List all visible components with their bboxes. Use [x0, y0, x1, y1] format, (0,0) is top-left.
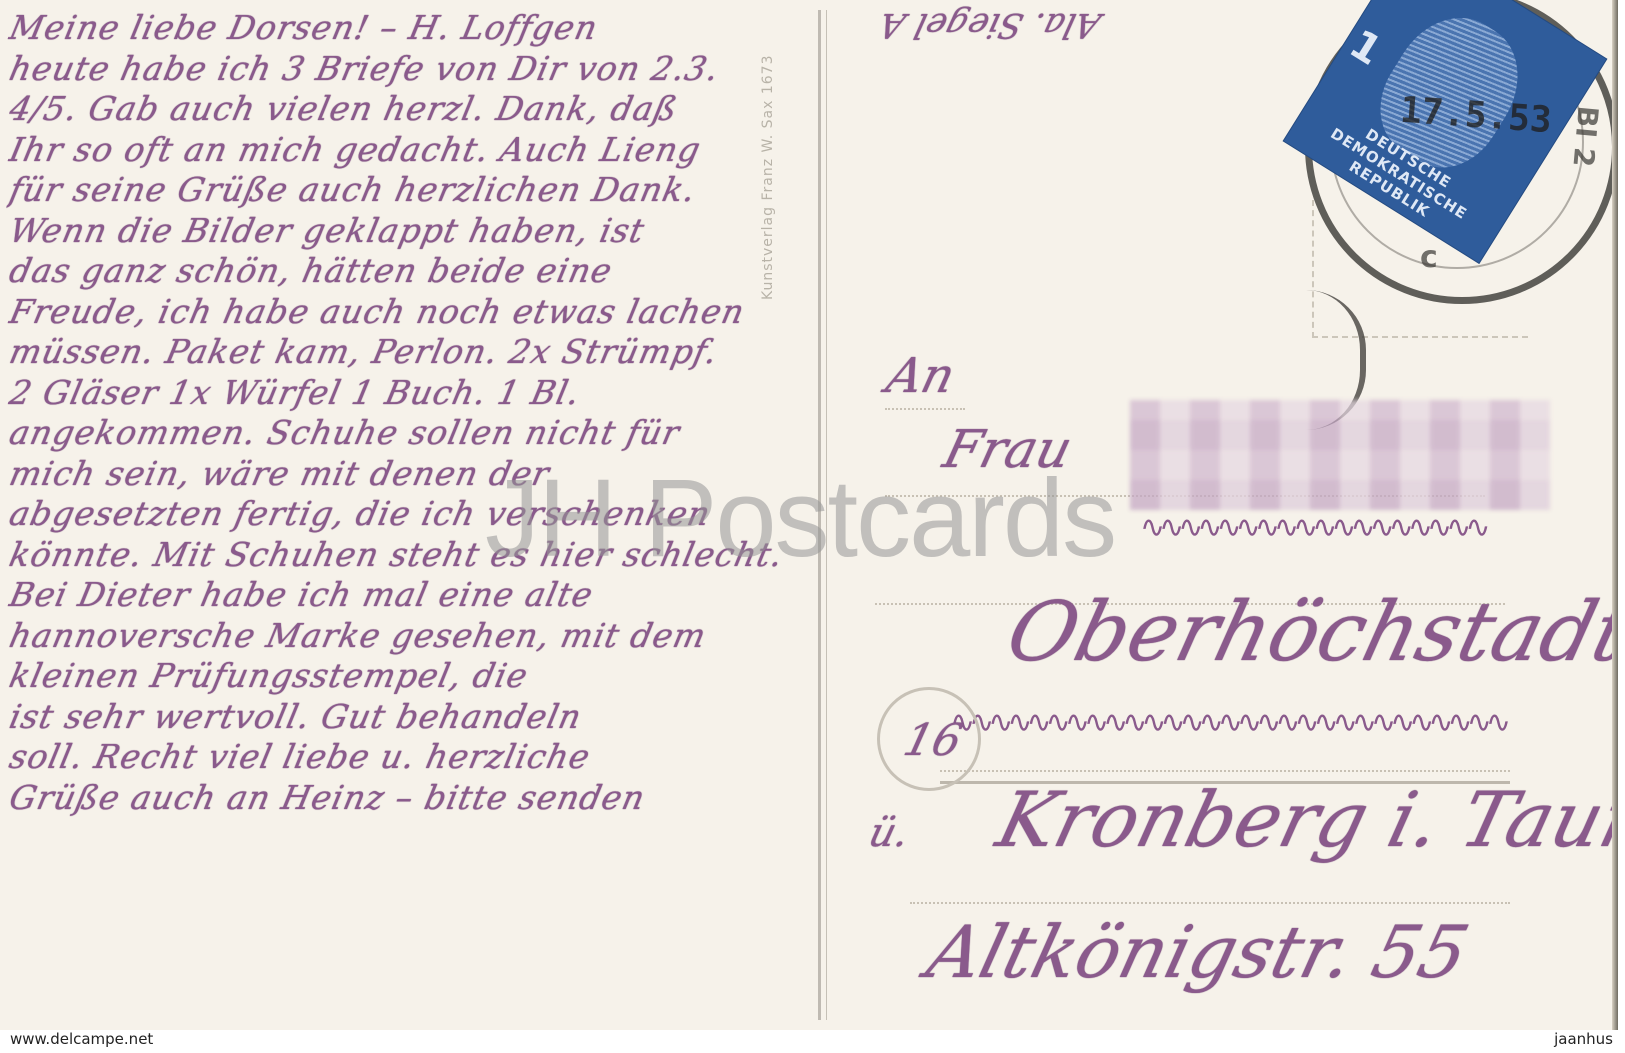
- message-line: 2 Gläser 1x Würfel 1 Buch. 1 Bl.: [6, 373, 845, 414]
- message-line: kleinen Prüfungsstempel, die: [6, 656, 845, 697]
- message-line: Meine liebe Dorsen! – H. Loffgen: [6, 8, 845, 49]
- underline-squiggle: ∿∿∿∿∿∿∿∿∿∿∿∿∿∿∿∿∿∿: [1140, 510, 1484, 545]
- watermark: JH Postcards: [485, 455, 1115, 582]
- address-line: [885, 408, 965, 410]
- handwritten-message: Meine liebe Dorsen! – H. Loffgenheute ha…: [10, 8, 840, 818]
- message-line: Ihr so oft an mich gedacht. Auch Lieng: [6, 130, 845, 171]
- address-line: [940, 770, 1510, 772]
- message-line: heute habe ich 3 Briefe von Dir von 2.3.: [6, 49, 845, 90]
- upside-down-note: Ala. Siegel A: [875, 5, 1105, 45]
- underline-squiggle: ∿∿∿∿∿∿∿∿∿∿∿∿∿∿∿∿∿∿∿∿∿∿∿∿∿∿∿∿∿: [950, 705, 1505, 740]
- address-street: Altkönigstr. 55: [920, 910, 1477, 994]
- address-via: ü.: [864, 810, 914, 856]
- address-prefix: An: [881, 348, 961, 404]
- message-line: Grüße auch an Heinz – bitte senden: [6, 778, 845, 819]
- message-line: das ganz schön, hätten beide eine: [6, 251, 845, 292]
- message-line: Freude, ich habe auch noch etwas lachen: [6, 292, 845, 333]
- postcard-back: Kunstverlag Franz W. Sax 1673 Meine lieb…: [0, 0, 1618, 1030]
- seller-name[interactable]: jaanhus: [1554, 1030, 1613, 1048]
- postmark-letter: c: [1420, 240, 1438, 275]
- message-line: 4/5. Gab auch vielen herzl. Dank, daß: [6, 89, 845, 130]
- stamp-value: 1: [1341, 21, 1389, 75]
- address-line: [910, 902, 1510, 904]
- address-city: Oberhöchstadt i/Ts.: [998, 585, 1618, 680]
- message-line: angekommen. Schuhe sollen nicht für: [6, 413, 845, 454]
- address-town: Kronberg i. Taunus: [989, 775, 1618, 864]
- message-line: soll. Recht viel liebe u. herzliche: [6, 737, 845, 778]
- site-link[interactable]: www.delcampe.net: [10, 1030, 153, 1048]
- message-line: müssen. Paket kam, Perlon. 2x Strümpf.: [6, 332, 845, 373]
- message-line: hannoversche Marke gesehen, mit dem: [6, 616, 845, 657]
- postmark-district: BI 2: [1566, 105, 1604, 169]
- message-line: ist sehr wertvoll. Gut behandeln: [6, 697, 845, 738]
- redacted-name: [1130, 400, 1550, 510]
- footer-bar: www.delcampe.net jaanhus: [0, 1030, 1625, 1053]
- message-line: für seine Grüße auch herzlichen Dank.: [6, 170, 845, 211]
- message-line: Wenn die Bilder geklappt haben, ist: [6, 211, 845, 252]
